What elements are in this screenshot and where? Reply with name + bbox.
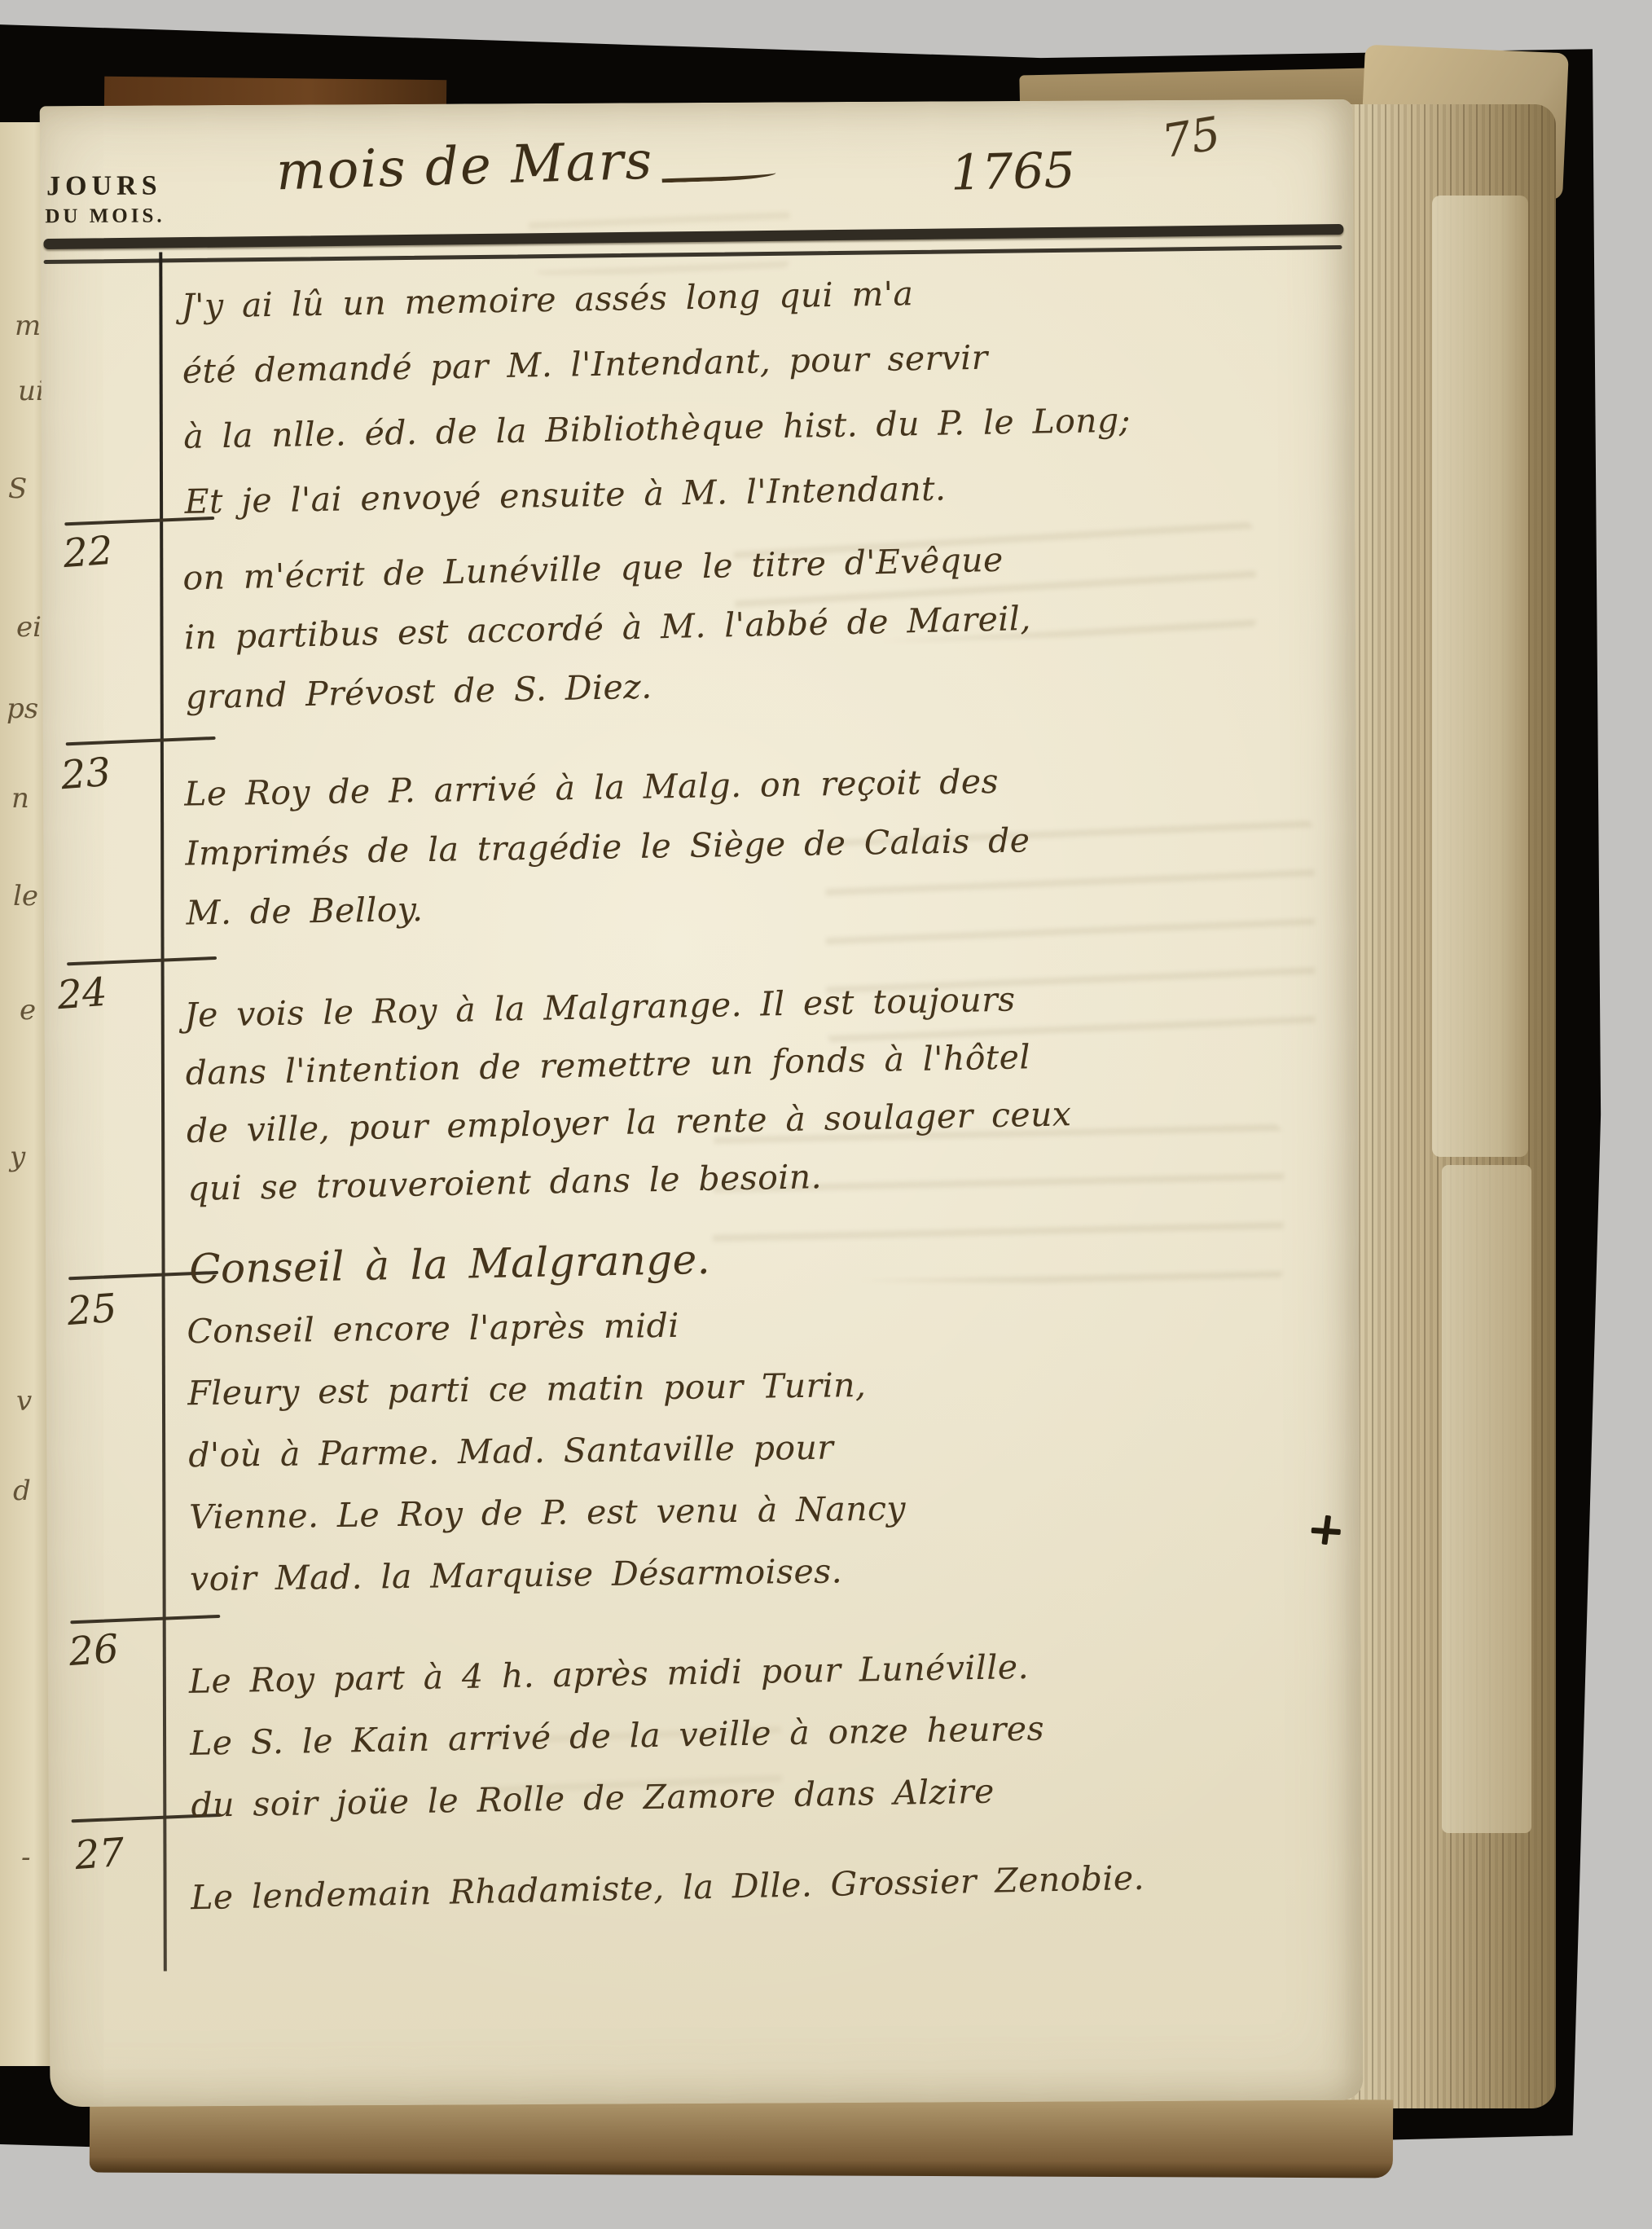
entry-separator-tick	[66, 736, 216, 745]
entry-line: Conseil à la Malgrange.	[189, 1219, 1330, 1299]
edge-fragment: y	[10, 1141, 25, 1173]
margin-vertical-rule	[159, 252, 167, 1971]
day-number-27: 27	[73, 1830, 126, 1879]
fore-edge-highlight	[1432, 196, 1528, 1157]
journal-entry-27: Le lendemain Rhadamiste, la Dlle. Grossi…	[190, 1844, 1331, 1928]
journal-entry-continuation: J'y ai lû un memoire assés long qui m'a …	[181, 253, 1325, 534]
edge-fragment: -	[21, 1841, 31, 1874]
journal-entry-24: Je vois le Roy à la Malgrange. Il est to…	[184, 965, 1330, 1299]
journal-entry-22: on m'écrit de Lunéville que le titre d'E…	[182, 523, 1327, 728]
entry-separator-tick	[67, 956, 217, 965]
journal-entry-23: Le Roy de P. arrivé à la Malg. on reçoit…	[184, 747, 1327, 943]
margin-column-label: JOURS	[46, 170, 162, 202]
edge-fragment: ps	[7, 692, 38, 725]
day-number-26: 26	[67, 1626, 120, 1675]
edge-fragment: d	[13, 1475, 31, 1507]
day-number-24: 24	[55, 969, 108, 1018]
edge-fragment: ei	[16, 611, 42, 644]
entry-separator-tick	[70, 1615, 220, 1624]
journal-page: JOURS DU MOIS. mois de Mars 1765 75 22 2…	[40, 99, 1364, 2107]
edge-fragment: S	[8, 473, 27, 505]
journal-entry-25: Conseil encore l'après midi Fleury est p…	[187, 1286, 1331, 1610]
entry-line: voir Mad. la Marquise Désarmoises.	[190, 1534, 1331, 1610]
day-number-23: 23	[59, 750, 112, 798]
edge-fragment: n	[11, 782, 29, 815]
edge-fragment: m	[15, 310, 41, 342]
margin-column-label-line2: DU MOIS.	[45, 204, 165, 228]
journal-entry-26: Le Roy part à 4 h. après midi pour Lunév…	[188, 1630, 1332, 1836]
bottom-page-edges	[90, 2095, 1393, 2178]
folio-page-number: 75	[1158, 108, 1224, 169]
entry-line: Le lendemain Rhadamiste, la Dlle. Grossi…	[190, 1844, 1331, 1928]
edge-fragment: le	[13, 880, 38, 912]
ink-cross-mark	[1311, 1515, 1341, 1545]
edge-fragment: v	[16, 1385, 32, 1418]
fore-edge-highlight-lower	[1442, 1165, 1531, 1833]
scanned-manuscript-photo: m ui S ei ps n le e y v d - JOURS DU MOI…	[0, 0, 1652, 2229]
day-number-22: 22	[61, 528, 114, 577]
day-number-25: 25	[65, 1286, 118, 1334]
edge-fragment: e	[20, 994, 36, 1027]
month-title-handwritten: mois de Mars	[275, 131, 654, 203]
year-handwritten: 1765	[950, 142, 1075, 201]
